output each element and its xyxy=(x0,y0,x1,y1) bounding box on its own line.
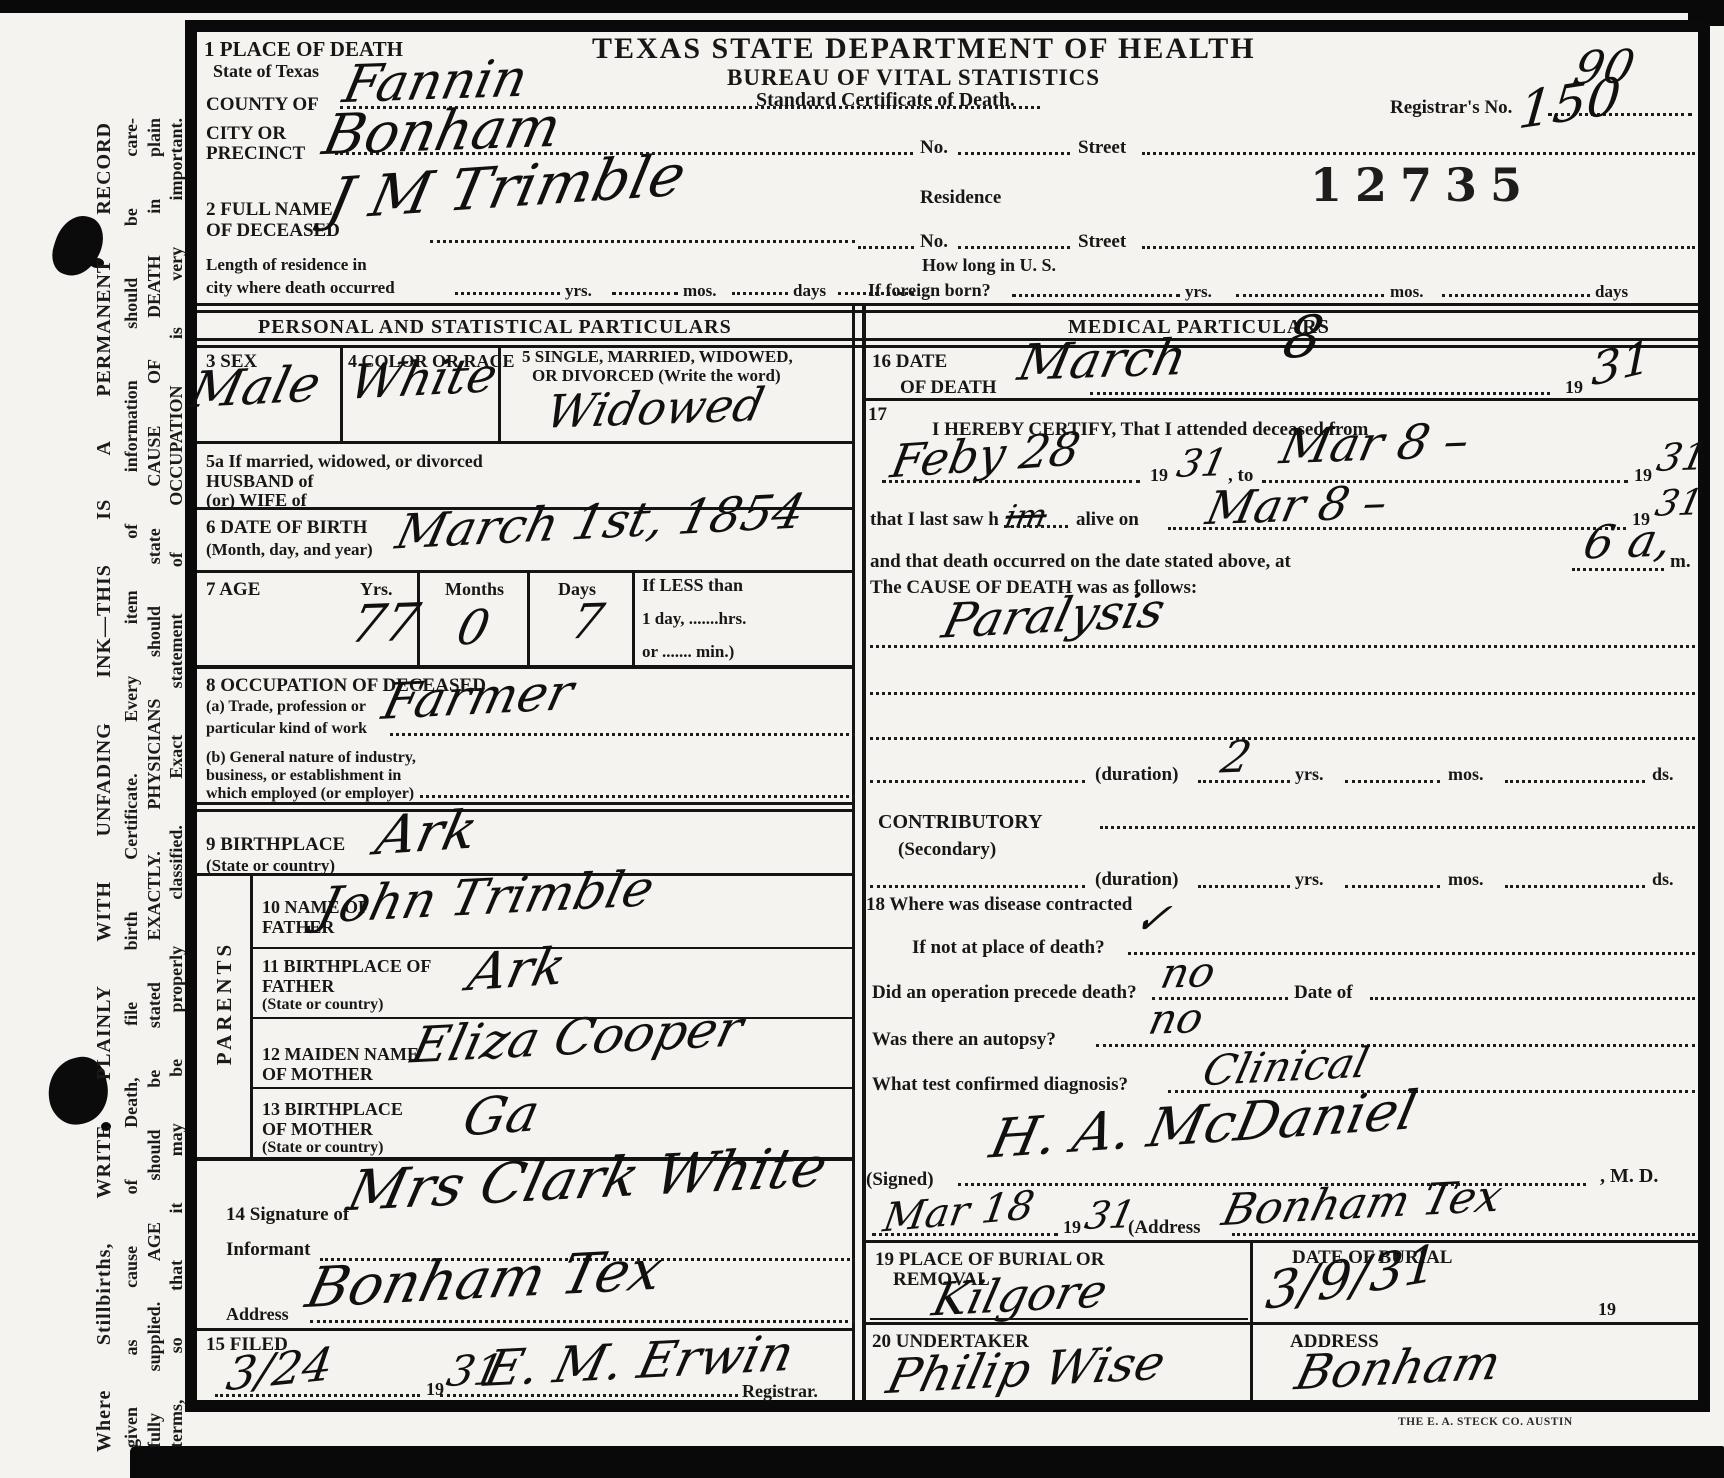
stub-line xyxy=(858,246,914,249)
days-line xyxy=(732,292,788,295)
operation-handwriting: no xyxy=(1157,951,1219,995)
undertaker-address-handwriting: Bonham xyxy=(1291,1339,1505,1397)
dod-month-handwriting: March xyxy=(1014,332,1191,388)
duration-label: (duration) xyxy=(1095,870,1178,890)
where-contracted-label: 18 Where was disease contracted xyxy=(866,895,1132,915)
mother-name-label2: OF MOTHER xyxy=(262,1065,373,1084)
full-name-label2: OF DECEASED xyxy=(206,221,340,241)
informant-label2: Informant xyxy=(226,1240,310,1260)
age-less-label1: If LESS than xyxy=(642,576,743,595)
yrs-label: yrs. xyxy=(565,282,592,300)
mother-bp-label2: OF MOTHER xyxy=(262,1120,373,1139)
street-label: Street xyxy=(1078,138,1126,158)
rule xyxy=(870,1318,1248,1320)
date-of-line xyxy=(1370,997,1695,1000)
signed-label: (Signed) xyxy=(866,1170,934,1190)
no-label: No. xyxy=(920,232,948,252)
rule xyxy=(197,303,1698,306)
spouse-label2: HUSBAND of xyxy=(206,472,314,491)
us-length-label1: How long in U. S. xyxy=(922,256,1056,275)
days-line xyxy=(1442,294,1590,297)
age-less-label2: 1 day, .......hrs. xyxy=(642,610,746,628)
department-title: TEXAS STATE DEPARTMENT OF HEALTH xyxy=(592,33,1256,65)
parents-side-label: PARENTS xyxy=(214,898,235,1108)
rule xyxy=(197,338,1698,341)
personal-section-title: PERSONAL AND STATISTICAL PARTICULARS xyxy=(258,317,732,338)
date-of-label: Date of xyxy=(1294,983,1353,1003)
spouse-label1: 5a If married, widowed, or divorced xyxy=(206,452,483,471)
us-length-label2: If foreign born? xyxy=(868,281,991,300)
blank-line xyxy=(870,737,1695,740)
cause-line xyxy=(870,645,1695,648)
no-line xyxy=(958,246,1070,249)
stub-line xyxy=(870,780,1085,783)
cell-divider xyxy=(632,573,635,665)
stub-line xyxy=(1198,885,1290,888)
mos-label: mos. xyxy=(1390,283,1424,301)
marital-label1: 5 SINGLE, MARRIED, WIDOWED, xyxy=(522,348,793,366)
dob-sublabel: (Month, day, and year) xyxy=(206,541,373,559)
state-label: State of Texas xyxy=(213,62,319,81)
operation-label: Did an operation precede death? xyxy=(872,983,1137,1003)
burial-place-handwriting: Kilgore xyxy=(928,1268,1111,1323)
registrar-label: Registrar. xyxy=(742,1382,818,1401)
margin-instruction-line: Where Stillbirths, WRITE PLAINLY WITH UN… xyxy=(94,122,114,1452)
not-at-place-label: If not at place of death? xyxy=(912,938,1105,958)
birthplace-label: 9 BIRTHPLACE xyxy=(206,835,345,855)
filed-date-handwriting: 3/24 xyxy=(224,1341,336,1398)
father-bp-handwriting: Ark xyxy=(464,941,571,999)
registrar-no-label: Registrar's No. xyxy=(1390,98,1512,118)
occupation-b-label2: business, or establishment in xyxy=(206,768,401,785)
stub-line xyxy=(870,885,1085,888)
death-certificate-scan: Where Stillbirths, WRITE PLAINLY WITH UN… xyxy=(0,0,1724,1478)
rule xyxy=(197,809,855,812)
street-line xyxy=(1142,152,1695,155)
birthplace-handwriting: Ark xyxy=(371,803,482,864)
stub-line xyxy=(1345,780,1440,783)
parents-divider xyxy=(250,873,253,1157)
signed-address-label: (Address xyxy=(1128,1218,1201,1238)
cause-handwriting: Paralysis xyxy=(938,586,1170,645)
no-label: No. xyxy=(920,138,948,158)
stub-line xyxy=(1505,780,1645,783)
death-time-handwriting: 6 a, xyxy=(1580,517,1676,566)
dod-label2: OF DEATH xyxy=(900,378,997,398)
cell-divider xyxy=(527,573,530,665)
rule xyxy=(197,802,855,805)
age-less-label3: or ....... min.) xyxy=(642,643,734,661)
rule xyxy=(197,570,855,573)
informant-address-label: Address xyxy=(226,1305,289,1324)
rule xyxy=(866,398,1698,401)
street-label: Street xyxy=(1078,232,1126,252)
father-bp-sublabel: (State or country) xyxy=(262,997,383,1014)
mos-label: mos. xyxy=(1448,765,1484,784)
county-label: COUNTY OF xyxy=(206,95,319,115)
autopsy-handwriting: no xyxy=(1145,997,1207,1041)
dod-year-prefix: 19 xyxy=(1565,378,1583,397)
full-name-line xyxy=(430,240,855,243)
occupation-b-label1: (b) General nature of industry, xyxy=(206,750,416,767)
rule xyxy=(866,1322,1698,1325)
occupation-b-label3: which employed (or employer) xyxy=(206,786,414,803)
autopsy-label: Was there an autopsy? xyxy=(872,1030,1056,1050)
attended-from-handwriting: Feby 28 xyxy=(887,426,1083,485)
informant-label1: 14 Signature of xyxy=(226,1205,349,1225)
stub-line xyxy=(1505,885,1645,888)
scan-top-edge xyxy=(0,0,1724,13)
mos-line xyxy=(612,292,678,295)
race-handwriting: White xyxy=(345,351,501,406)
margin-instruction-line: terms, so that it may be properly classi… xyxy=(167,118,185,1448)
column-divider xyxy=(862,303,866,1400)
stub-line xyxy=(1004,525,1068,528)
scan-bottom-edge xyxy=(130,1446,1724,1478)
occupation-b-line xyxy=(420,795,855,798)
last-saw-line xyxy=(1168,527,1626,530)
age-yrs-handwriting: 77 xyxy=(346,597,424,651)
residence-length-label2: city where death occurred xyxy=(206,279,395,297)
sex-handwriting: Male xyxy=(185,359,325,416)
registrar-no-handwriting: 150 xyxy=(1516,71,1623,138)
yrs-label: yrs. xyxy=(1295,765,1324,784)
attended-to-year-prefix: 19 xyxy=(1634,466,1652,485)
burial-year-prefix: 19 xyxy=(1598,1300,1616,1319)
bureau-subtitle: BUREAU OF VITAL STATISTICS xyxy=(727,66,1100,90)
burial-cell-divider xyxy=(1250,1240,1253,1400)
mos-line xyxy=(1236,294,1384,297)
undertaker-handwriting: Philip Wise xyxy=(883,1339,1170,1401)
secondary-label: (Secondary) xyxy=(898,840,996,860)
dob-label: 6 DATE OF BIRTH xyxy=(206,518,367,538)
ds-label: ds. xyxy=(1652,870,1674,889)
certificate-number-stamp: 12735 xyxy=(1310,158,1535,212)
stub-line xyxy=(1198,780,1290,783)
full-name-label: 2 FULL NAME xyxy=(206,200,333,220)
no-line xyxy=(958,152,1070,155)
occupation-handwriting: Farmer xyxy=(378,667,578,727)
mos-label: mos. xyxy=(1448,870,1484,889)
signed-address-line xyxy=(1232,1233,1695,1236)
residence-label: Residence xyxy=(920,188,1001,208)
days-label: days xyxy=(1595,283,1628,301)
duration-label: (duration) xyxy=(1095,765,1178,785)
dod-line xyxy=(1090,392,1550,395)
autopsy-line xyxy=(1096,1044,1695,1047)
mother-bp-handwriting: Ga xyxy=(459,1088,544,1145)
cell-divider xyxy=(498,348,501,441)
attended-from-year-prefix: 19 xyxy=(1150,466,1168,485)
last-saw-text2: alive on xyxy=(1076,510,1139,530)
diagnosis-test-label: What test confirmed diagnosis? xyxy=(872,1075,1128,1095)
occupation-a-label1: (a) Trade, profession or xyxy=(206,699,366,716)
attended-from-line xyxy=(882,480,1140,483)
death-occurred-text: and that death occurred on the date stat… xyxy=(870,552,1291,572)
column-divider xyxy=(852,303,855,1400)
dod-year-handwriting: 31 xyxy=(1591,334,1651,393)
rule xyxy=(197,345,1698,348)
attended-to-handwriting: Mar 8 – xyxy=(1276,417,1474,471)
cell-divider xyxy=(340,348,343,441)
days-label: days xyxy=(793,282,826,300)
blank-line xyxy=(870,692,1695,695)
rule xyxy=(197,310,1698,313)
ds-label: ds. xyxy=(1652,765,1674,784)
dod-label1: 16 DATE xyxy=(872,352,947,372)
md-label: , M. D. xyxy=(1600,1166,1658,1187)
street-line xyxy=(1142,246,1695,249)
residence-length-label1: Length of residence in xyxy=(206,256,367,274)
contributory-label: CONTRIBUTORY xyxy=(878,812,1043,833)
yrs-label: yrs. xyxy=(1295,870,1324,889)
attended-to-year-handwriting: 31 xyxy=(1654,437,1711,477)
death-m-label: m. xyxy=(1670,552,1691,572)
father-bp-label1: 11 BIRTHPLACE OF xyxy=(262,957,431,976)
occupation-a-line xyxy=(390,733,855,736)
last-saw-text1: that I last saw h xyxy=(870,510,999,530)
printer-credit: THE E. A. STECK CO. AUSTIN xyxy=(1398,1416,1573,1428)
certify-number: 17 xyxy=(868,405,887,425)
yrs-line xyxy=(1012,294,1180,297)
margin-instruction-line: fully supplied. AGE should be stated EXA… xyxy=(145,118,163,1448)
rule xyxy=(197,441,855,444)
occupation-a-label2: particular kind of work xyxy=(206,721,367,738)
mother-bp-label1: 13 BIRTHPLACE xyxy=(262,1100,403,1119)
father-bp-label2: FATHER xyxy=(262,977,334,996)
stub-line xyxy=(872,1233,1058,1236)
mother-name-label1: 12 MAIDEN NAME xyxy=(262,1045,419,1064)
mos-label: mos. xyxy=(683,282,717,300)
filed-line xyxy=(215,1394,420,1397)
informant-address-line xyxy=(310,1320,855,1323)
signed-year-prefix: 19 xyxy=(1063,1218,1081,1237)
rule xyxy=(250,1087,855,1089)
registrar-signature-line xyxy=(440,1394,738,1397)
age-months-header: Months xyxy=(445,580,504,599)
yrs-line xyxy=(455,292,560,295)
last-saw-date-handwriting: Mar 8 – xyxy=(1202,479,1391,531)
attended-from-year-handwriting: 31 xyxy=(1174,443,1231,483)
marital-handwriting: Widowed xyxy=(542,381,768,434)
mother-bp-sublabel: (State or country) xyxy=(262,1140,383,1157)
city-label: CITY OR xyxy=(206,124,286,144)
contributory-line xyxy=(1100,826,1695,829)
stub-line xyxy=(1345,885,1440,888)
age-label: 7 AGE xyxy=(206,580,260,600)
rule xyxy=(866,1240,1698,1243)
yrs-label: yrs. xyxy=(1185,283,1212,301)
precinct-label: PRECINCT xyxy=(206,144,305,164)
margin-instruction-line: given as cause of Death, file birth Cert… xyxy=(122,118,140,1448)
